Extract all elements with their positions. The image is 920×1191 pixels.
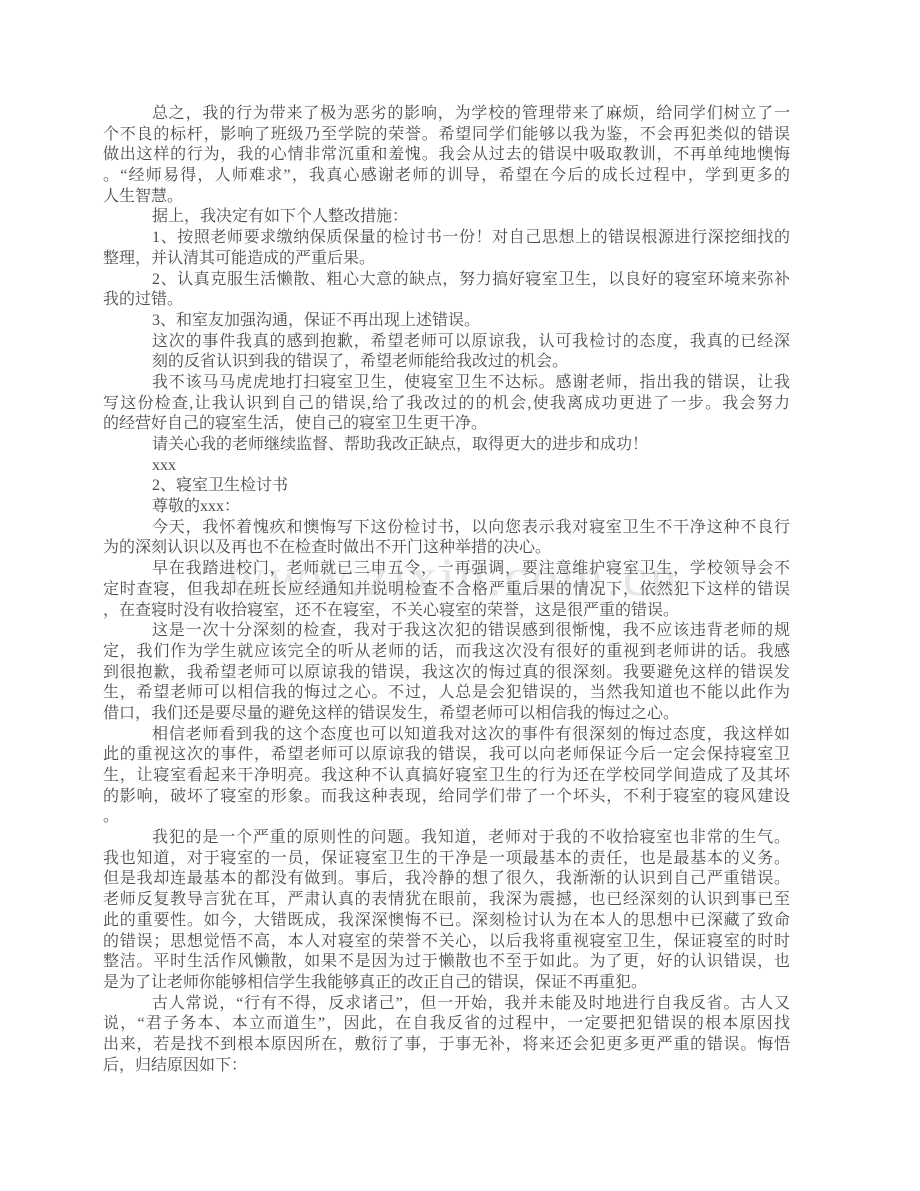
text-line: 说，“君子务本、本立而道生”，因此，在自我反省的过程中，一定要把犯错误的根本原因… [103, 1014, 790, 1035]
text-line: 2、认真克服生活懒散、粗心大意的缺点，努力搞好寝室卫生，以良好的寝室环境来弥补 [103, 270, 790, 291]
text-line: 整洁。平时生活作风懒散，如果不是因为过于懒散也不至于如此。为了更，好的认识错误，… [103, 952, 790, 973]
text-line: 早在我踏进校门，老师就已三申五令，一再强调，要注意维护寝室卫生，学校领导会不 [103, 559, 790, 580]
text-line: 做出这样的行为，我的心情非常沉重和羞愧。我会从过去的错误中吸取教训，不再单纯地懊… [103, 145, 790, 166]
text-line: 后，归结原因如下： [103, 1056, 790, 1077]
text-line: 定时查寝，但我却在班长应经通知并说明检查不合格严重后果的情况下，依然犯下这样的错… [103, 580, 790, 601]
text-line: 这是一次十分深刻的检查，我对于我这次犯的错误感到很惭愧，我不应该违背老师的规 [103, 621, 790, 642]
text-line: 是为了让老师你能够相信学生我能够真正的改正自己的错误，保证不再重犯。 [103, 973, 790, 994]
text-line: 这次的事件我真的感到抱歉，希望老师可以原谅我，认可我检讨的态度，我真的已经深 [103, 332, 790, 353]
text-line: 生，希望老师可以相信我的悔过之心。不过，人总是会犯错误的，当然我知道也不能以此作… [103, 683, 790, 704]
text-line: xxx [103, 456, 790, 477]
text-line: 尊敬的xxx： [103, 497, 790, 518]
text-line: 我不该马马虎虎地打扫寝室卫生，使寝室卫生不达标。感谢老师，指出我的错误，让我 [103, 373, 790, 394]
text-line: 请关心我的老师继续监督、帮助我改正缺点，取得更大的进步和成功！ [103, 435, 790, 456]
text-line: 1、按照老师要求缴纳保质保量的检讨书一份！对自己思想上的错误根源进行深挖细找的 [103, 228, 790, 249]
text-line: 到很抱歉，我希望老师可以原谅我的错误，我这次的悔过真的很深刻。我要避免这样的错误… [103, 663, 790, 684]
text-line: 3、和室友加强沟通，保证不再出现上述错误。 [103, 311, 790, 332]
text-line: 人生智慧。 [103, 187, 790, 208]
text-line: 刻的反省认识到我的错误了，希望老师能给我改过的机会。 [103, 352, 790, 373]
text-line: 。 [103, 807, 790, 828]
text-line: 但是我却连最基本的都没有做到。事后，我冷静的想了很久，我渐渐的认识到自己严重错误… [103, 869, 790, 890]
text-line: 。“经师易得，人师难求”，我真心感谢老师的训导，希望在今后的成长过程中，学到更多… [103, 166, 790, 187]
text-line: 此的重视这次的事件，希望老师可以原谅我的错误，我可以向老师保证今后一定会保持寝室… [103, 745, 790, 766]
text-line: 古人常说，“行有不得，反求诸己”，但一开始，我并未能及时地进行自我反省。古人又 [103, 994, 790, 1015]
text-line: 相信老师看到我的这个态度也可以知道我对这次的事件有很深刻的悔过态度，我这样如 [103, 725, 790, 746]
text-block: 总之，我的行为带来了极为恶劣的影响，为学校的管理带来了麻烦，给同学们树立了一个不… [103, 104, 790, 1076]
text-line: 出来，若是找不到根本原因所在，敷衍了事，于事无补，将来还会犯更多更严重的错误。悔… [103, 1035, 790, 1056]
text-line: 老师反复教导言犹在耳，严肃认真的表情犹在眼前，我深为震撼，也已经深刻的认识到事已… [103, 890, 790, 911]
text-line: 的经营好自己的寝室生活，使自己的寝室卫生更干净。 [103, 414, 790, 435]
text-line: 据上，我决定有如下个人整改措施： [103, 207, 790, 228]
text-line: 此的重要性。如今，大错既成，我深深懊悔不已。深刻检讨认为在本人的思想中已深藏了致… [103, 911, 790, 932]
text-line: 的错误；思想觉悟不高，本人对寝室的荣誉不关心，以后我将重视寝室卫生，保证寝室的时… [103, 932, 790, 953]
document-page: www.zixin.com.cn 总之，我的行为带来了极为恶劣的影响，为学校的管… [0, 0, 920, 1191]
text-line: 整理，并认清其可能造成的严重后果。 [103, 249, 790, 270]
text-line: 今天，我怀着愧疚和懊悔写下这份检讨书，以向您表示我对寝室卫生不干净这种不良行 [103, 518, 790, 539]
text-line: 定，我们作为学生就应该完全的听从老师的话，而我这次没有很好的重视到老师讲的话。我… [103, 642, 790, 663]
text-line: 2、寝室卫生检讨书 [103, 476, 790, 497]
text-line: 借口，我们还是要尽量的避免这样的错误发生，希望老师可以相信我的悔过之心。 [103, 704, 790, 725]
text-line: 我也知道，对于寝室的一员，保证寝室卫生的干净是一项最基本的责任，也是最基本的义务… [103, 849, 790, 870]
text-line: 的影响，破坏了寝室的形象。而我这种表现，给同学们带了一个坏头，不利于寝室的寝风建… [103, 787, 790, 808]
text-line: 生，让寝室看起来干净明亮。我这种不认真搞好寝室卫生的行为还在学校同学间造成了及其… [103, 766, 790, 787]
text-line: 个不良的标杆，影响了班级乃至学院的荣誉。希望同学们能够以我为鉴，不会再犯类似的错… [103, 125, 790, 146]
text-line: 我的过错。 [103, 290, 790, 311]
text-line: ，在查寝时没有收拾寝室，还不在寝室，不关心寝室的荣誉，这是很严重的错误。 [103, 601, 790, 622]
text-line: 为的深刻认识以及再也不在检查时做出不开门这种举措的决心。 [103, 538, 790, 559]
text-line: 总之，我的行为带来了极为恶劣的影响，为学校的管理带来了麻烦，给同学们树立了一 [103, 104, 790, 125]
text-line: 我犯的是一个严重的原则性的问题。我知道，老师对于我的不收拾寝室也非常的生气。 [103, 828, 790, 849]
text-line: 写这份检查,让我认识到自己的错误,给了我改过的的机会,使我离成功更进了一步。我会… [103, 394, 790, 415]
